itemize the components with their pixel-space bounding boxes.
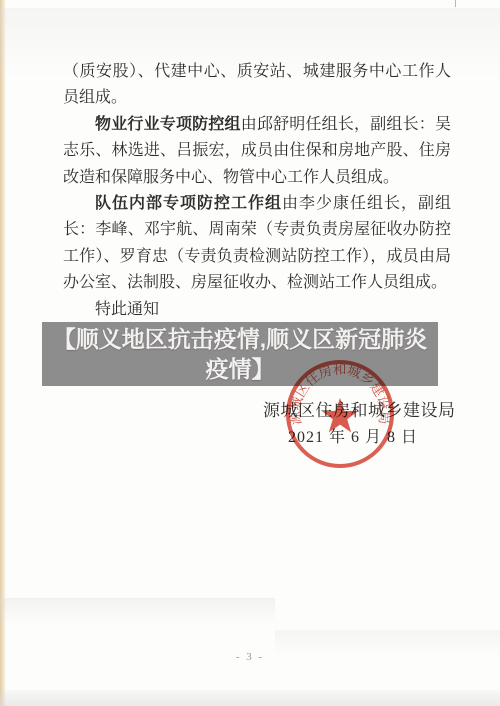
scan-shading-bottom-left (0, 598, 275, 624)
paragraph-continuation: （质安股）、代建中心、质安站、城建服务中心工作人员组成。 (63, 59, 451, 112)
paragraph-notice-close: 特此通知 (63, 297, 451, 323)
paragraph-text: 特此通知 (95, 301, 159, 318)
paragraph-lead-bold: 物业行业专项防控组 (95, 116, 241, 133)
document-body: （质安股）、代建中心、质安站、城建服务中心工作人员组成。 物业行业专项防控组由邱… (63, 59, 451, 323)
seal-star-icon (322, 398, 358, 432)
scan-shading-bottom-edge (0, 690, 500, 706)
page-number: - 3 - (0, 651, 500, 663)
overlay-title-line2: 疫情】 (206, 354, 275, 384)
paragraph-text: （质安股）、代建中心、质安站、城建服务中心工作人员组成。 (63, 63, 451, 106)
scanned-document-page: （质安股）、代建中心、质安站、城建服务中心工作人员组成。 物业行业专项防控组由邱… (0, 0, 500, 706)
paragraph-lead-bold: 队伍内部专项防控工作组 (95, 195, 282, 212)
scan-artifact-line (455, 0, 456, 7)
official-seal: 源城区住房和城乡建设局 (275, 349, 405, 479)
paragraph-property-group: 物业行业专项防控组由邱舒明任组长，副组长：吴志乐、林选进、吕振宏，成员由住保和房… (63, 112, 451, 191)
paragraph-internal-group: 队伍内部专项防控工作组由李少康任组长，副组长：李峰、邓宇航、周南荣（专责负责房屋… (63, 191, 451, 297)
